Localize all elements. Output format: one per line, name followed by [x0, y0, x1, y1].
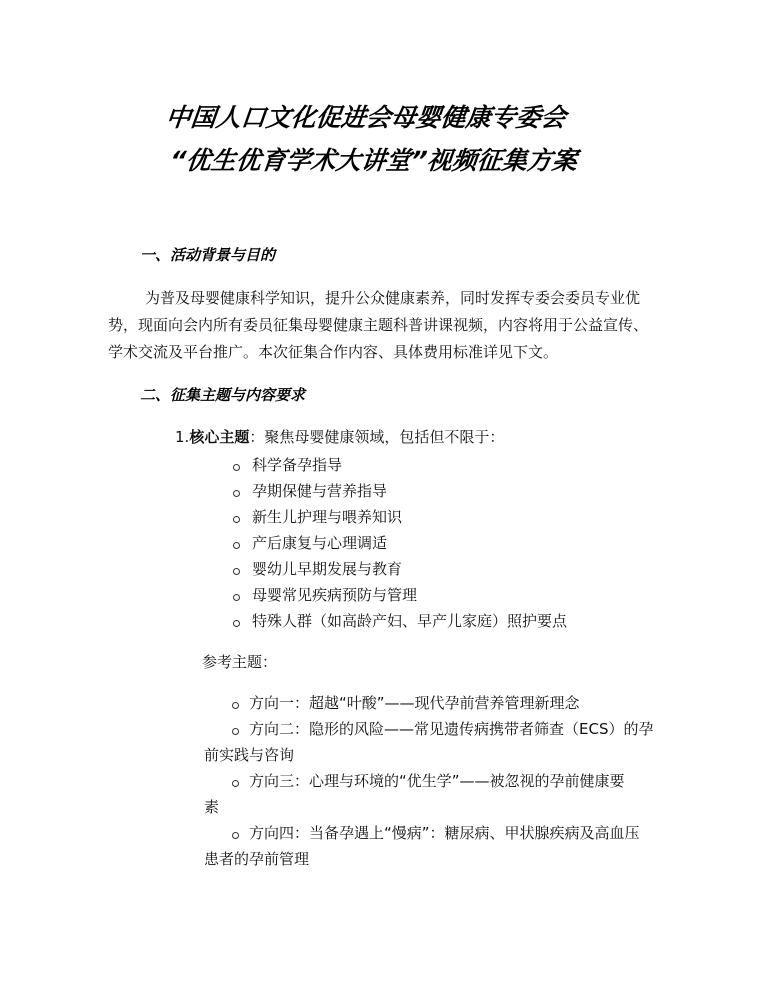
- list-item: 特殊人群（如高龄产妇、早产儿家庭）照护要点: [233, 608, 567, 634]
- list-item: 科学备孕指导: [233, 452, 567, 478]
- circle-bullet-icon: [233, 464, 240, 471]
- circle-bullet-icon: [233, 620, 240, 627]
- reference-topic-list: 方向一：超越“叶酸”——现代孕前营养管理新理念 方向二：隐形的风险——常见遗传病…: [204, 690, 664, 872]
- circle-bullet-icon: [233, 568, 240, 575]
- list-item-text: 产后康复与心理调适: [252, 530, 387, 556]
- list-item: 婴幼儿早期发展与教育: [233, 556, 567, 582]
- section-heading-topics: 二、征集主题与内容要求: [140, 384, 305, 405]
- list-item-text: 婴幼儿早期发展与教育: [252, 556, 402, 582]
- reference-item: 方向一：超越“叶酸”——现代孕前营养管理新理念: [204, 690, 664, 716]
- reference-item-text: 方向一：超越“叶酸”——现代孕前营养管理新理念: [249, 690, 580, 716]
- circle-bullet-icon: [233, 594, 240, 601]
- background-paragraph: 为普及母婴健康科学知识，提升公众健康素养，同时发挥专委会委员专业优 势，现面向会…: [108, 285, 668, 366]
- list-item: 母婴常见疾病预防与管理: [233, 582, 567, 608]
- document-title-line-1: 中国人口文化促进会母婴健康专委会: [164, 98, 568, 134]
- list-item-text: 科学备孕指导: [252, 452, 342, 478]
- list-item-text: 母婴常见疾病预防与管理: [252, 582, 417, 608]
- reference-topics-label: 参考主题：: [202, 651, 277, 672]
- reference-item: 方向四：当备孕遇上“慢病”：糖尿病、甲状腺疾病及高血压 患者的孕前管理: [204, 820, 664, 872]
- document-page: 中国人口文化促进会母婴健康专委会 “优生优育学术大讲堂”视频征集方案 一、活动背…: [0, 0, 772, 1000]
- section-heading-background: 一、活动背景与目的: [140, 244, 275, 265]
- list-item: 产后康复与心理调适: [233, 530, 567, 556]
- circle-bullet-icon: [233, 542, 240, 549]
- core-topic-number: 1.: [175, 428, 189, 446]
- reference-item-text: 方向二：隐形的风险——常见遗传病携带者筛查（ECS）的孕: [249, 716, 653, 742]
- circle-bullet-icon: [233, 490, 240, 497]
- core-topic-list: 科学备孕指导 孕期保健与营养指导 新生儿护理与喂养知识 产后康复与心理调适 婴幼…: [233, 452, 567, 634]
- list-item-text: 新生儿护理与喂养知识: [252, 504, 402, 530]
- reference-item-continuation: 患者的孕前管理: [204, 846, 664, 872]
- list-item-text: 特殊人群（如高龄产妇、早产儿家庭）照护要点: [252, 608, 567, 634]
- document-title-line-2: “优生优育学术大讲堂”视频征集方案: [168, 141, 579, 177]
- reference-item: 方向三：心理与环境的“优生学”——被忽视的孕前健康要 素: [204, 768, 664, 820]
- core-topic-text: ：聚焦母婴健康领域，包括但不限于：: [249, 428, 504, 446]
- core-topic-line: 1.核心主题：聚焦母婴健康领域，包括但不限于：: [175, 426, 504, 447]
- circle-bullet-icon: [233, 516, 240, 523]
- paragraph-line: 势，现面向会内所有委员征集母婴健康主题科普讲课视频，内容将用于公益宣传、: [108, 312, 668, 339]
- circle-bullet-icon: [232, 728, 239, 735]
- reference-item-text: 方向四：当备孕遇上“慢病”：糖尿病、甲状腺疾病及高血压: [249, 820, 640, 846]
- reference-item-continuation: 前实践与咨询: [204, 742, 664, 768]
- list-item: 孕期保健与营养指导: [233, 478, 567, 504]
- reference-item-text: 方向三：心理与环境的“优生学”——被忽视的孕前健康要: [249, 768, 625, 794]
- core-topic-label: 核心主题: [189, 428, 249, 446]
- list-item-text: 孕期保健与营养指导: [252, 478, 387, 504]
- paragraph-line: 为普及母婴健康科学知识，提升公众健康素养，同时发挥专委会委员专业优: [108, 285, 668, 312]
- circle-bullet-icon: [232, 702, 239, 709]
- circle-bullet-icon: [232, 832, 239, 839]
- circle-bullet-icon: [232, 780, 239, 787]
- paragraph-line: 学术交流及平台推广。本次征集合作内容、具体费用标准详见下文。: [108, 339, 668, 366]
- reference-item-continuation: 素: [204, 794, 664, 820]
- list-item: 新生儿护理与喂养知识: [233, 504, 567, 530]
- reference-item: 方向二：隐形的风险——常见遗传病携带者筛查（ECS）的孕 前实践与咨询: [204, 716, 664, 768]
